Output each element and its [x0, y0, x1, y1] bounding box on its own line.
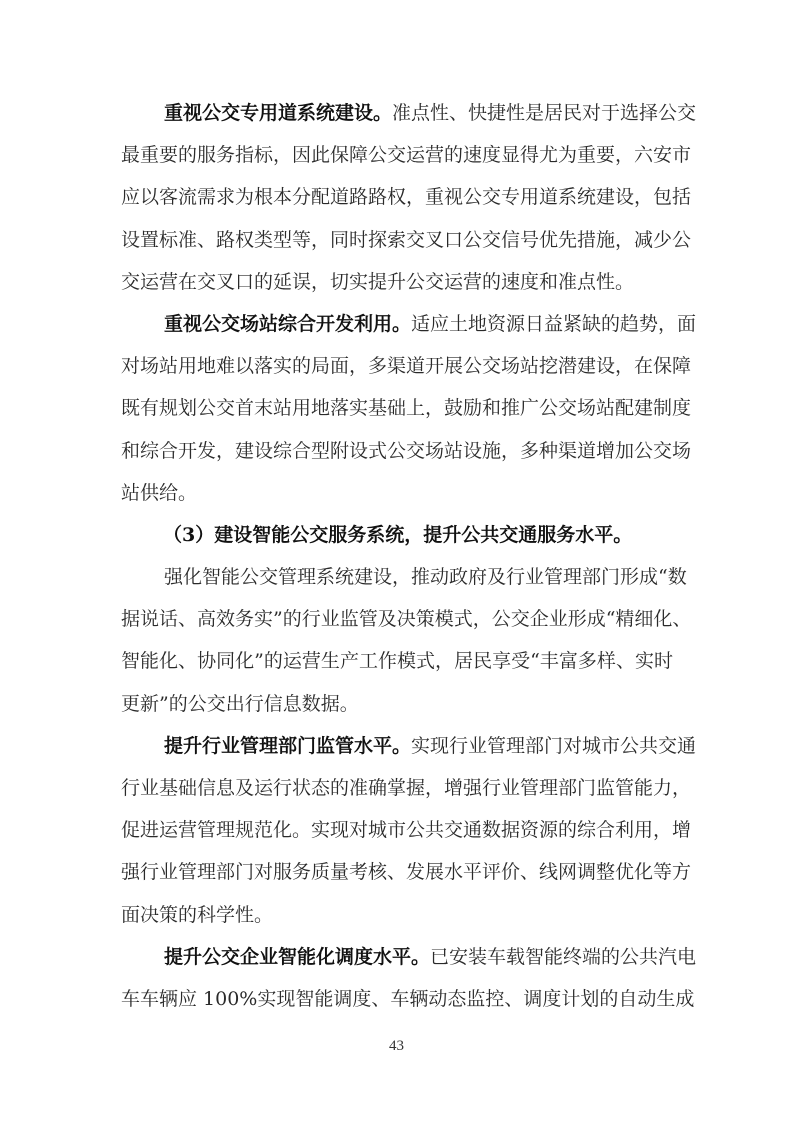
paragraph-line: 据说话、高效务实”的行业监管及决策模式，公交企业形成“精细化、: [121, 598, 673, 640]
paragraph-line: 促进运营管理规范化。实现对城市公共交通数据资源的综合利用，增: [121, 809, 673, 851]
paragraph-text: 面决策的科学性。: [121, 904, 273, 926]
paragraph-line: 提升公交企业智能化调度水平。已安装车载智能终端的公共汽电: [121, 936, 673, 978]
paragraph-line: 重视公交专用道系统建设。准点性、快捷性是居民对于选择公交: [121, 92, 673, 134]
paragraph-text: 适应土地资源日益紧缺的趋势，面: [411, 313, 696, 335]
paragraph-line: 强化智能公交管理系统建设，推动政府及行业管理部门形成“数: [121, 556, 673, 598]
paragraph-text: 设置标准、路权类型等，同时探索交叉口公交信号优先措施，减少公: [121, 229, 691, 251]
paragraph-text: 智能化、协同化”的运营生产工作模式，居民享受“丰富多样、实时: [121, 650, 673, 672]
paragraph-line: 站供给。: [121, 472, 673, 514]
paragraph-text: 据说话、高效务实”的行业监管及决策模式，公交企业形成“精细化、: [121, 608, 691, 630]
paragraph-lead-heading: 提升行业管理部门监管水平。: [164, 735, 411, 757]
paragraph-text: 和综合开发，建设综合型附设式公交场站设施，多种渠道增加公交场: [121, 440, 691, 462]
paragraph-text: 既有规划公交首末站用地落实基础上，鼓励和推广公交场站配建制度: [121, 397, 691, 419]
paragraph-line: 提升行业管理部门监管水平。实现行业管理部门对城市公共交通: [121, 725, 673, 767]
paragraph-text: 更新”的公交出行信息数据。: [121, 693, 359, 715]
paragraph-text: 站供给。: [121, 482, 197, 504]
paragraph-text: 强行业管理部门对服务质量考核、发展水平评价、线网调整优化等方: [121, 861, 691, 883]
paragraph-line: 设置标准、路权类型等，同时探索交叉口公交信号优先措施，减少公: [121, 219, 673, 261]
paragraph-line: 既有规划公交首末站用地落实基础上，鼓励和推广公交场站配建制度: [121, 387, 673, 429]
paragraph-text: 对场站用地难以落实的局面，多渠道开展公交场站挖潜建设，在保障: [121, 355, 691, 377]
paragraph-line: 和综合开发，建设综合型附设式公交场站设施，多种渠道增加公交场: [121, 430, 673, 472]
paragraph-text: 强化智能公交管理系统建设，推动政府及行业管理部门形成“数: [164, 566, 687, 588]
paragraph-text: 行业基础信息及运行状态的准确掌握，增强行业管理部门监管能力，: [121, 777, 691, 799]
document-page: 重视公交专用道系统建设。准点性、快捷性是居民对于选择公交最重要的服务指标，因此保…: [0, 0, 793, 1122]
paragraph-text: 应以客流需求为根本分配道路路权，重视公交专用道系统建设，包括: [121, 186, 691, 208]
paragraph-line: 面决策的科学性。: [121, 894, 673, 936]
paragraph-text: 车车辆应 100%实现智能调度、车辆动态监控、调度计划的自动生成: [121, 988, 694, 1010]
paragraph-line: 行业基础信息及运行状态的准确掌握，增强行业管理部门监管能力，: [121, 767, 673, 809]
paragraph-line: 对场站用地难以落实的局面，多渠道开展公交场站挖潜建设，在保障: [121, 345, 673, 387]
paragraph-line: 最重要的服务指标，因此保障公交运营的速度显得尤为重要，六安市: [121, 134, 673, 176]
paragraph-line: 强行业管理部门对服务质量考核、发展水平评价、线网调整优化等方: [121, 851, 673, 893]
paragraph-lead-heading: 重视公交场站综合开发利用。: [164, 313, 411, 335]
paragraph-text: 准点性、快捷性是居民对于选择公交: [392, 102, 696, 124]
paragraph-lead-heading: 重视公交专用道系统建设。: [164, 102, 392, 124]
paragraph-text: 实现行业管理部门对城市公共交通: [411, 735, 696, 757]
paragraph-line: 重视公交场站综合开发利用。适应土地资源日益紧缺的趋势，面: [121, 303, 673, 345]
paragraph-line: 车车辆应 100%实现智能调度、车辆动态监控、调度计划的自动生成: [121, 978, 673, 1020]
paragraph-lead-heading: 提升公交企业智能化调度水平。: [164, 946, 430, 968]
paragraph-text: 促进运营管理规范化。实现对城市公共交通数据资源的综合利用，增: [121, 819, 691, 841]
paragraph-line: 应以客流需求为根本分配道路路权，重视公交专用道系统建设，包括: [121, 176, 673, 218]
page-number: 43: [0, 1038, 793, 1055]
section-heading: （3）建设智能公交服务系统，提升公共交通服务水平。: [121, 514, 673, 556]
paragraph-text: 交运营在交叉口的延误，切实提升公交运营的速度和准点性。: [121, 271, 634, 293]
paragraph-line: 智能化、协同化”的运营生产工作模式，居民享受“丰富多样、实时: [121, 640, 673, 682]
paragraph-text: 最重要的服务指标，因此保障公交运营的速度显得尤为重要，六安市: [121, 144, 691, 166]
paragraph-line: 更新”的公交出行信息数据。: [121, 683, 673, 725]
paragraph-text: 已安装车载智能终端的公共汽电: [430, 946, 696, 968]
paragraph-line: 交运营在交叉口的延误，切实提升公交运营的速度和准点性。: [121, 261, 673, 303]
body-text: 重视公交专用道系统建设。准点性、快捷性是居民对于选择公交最重要的服务指标，因此保…: [121, 92, 673, 1020]
